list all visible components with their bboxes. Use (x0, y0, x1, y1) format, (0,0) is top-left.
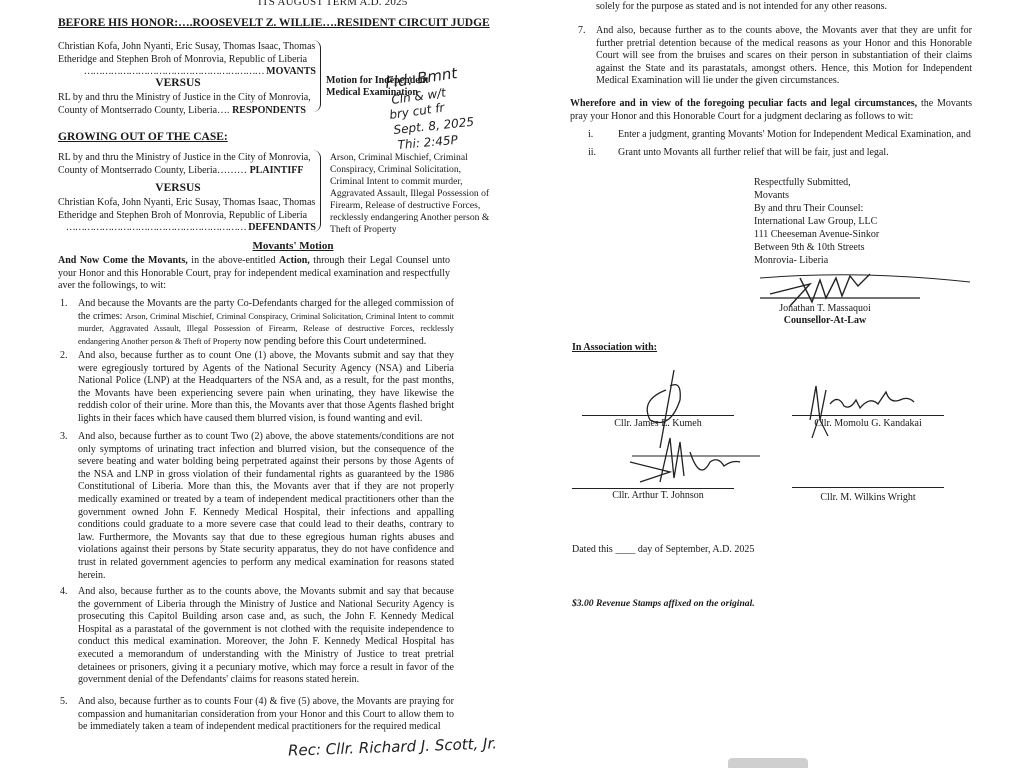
dated-line: Dated this ____ day of September, A.D. 2… (572, 544, 872, 557)
defendants-label: DEFENDANTS (248, 222, 316, 233)
count-number: 4. (60, 586, 68, 599)
count-3-text: And also, because further as to count Tw… (78, 431, 454, 581)
left-page: ITS AUGUST TERM A.D. 2025 BEFORE HIS HON… (58, 0, 528, 768)
association-heading: In Association with: (572, 342, 657, 355)
kandakai-signature (790, 380, 930, 440)
movants-names: Christian Kofa, John Nyanti, Eric Susay,… (58, 41, 315, 65)
count-2: 2. And also, because further as to count… (78, 350, 454, 426)
intro-bold-2: Action, (279, 255, 310, 266)
intro-text-1: in the above-entitled (188, 255, 279, 266)
movants-label: MOVANTS (266, 66, 316, 77)
prayer-text: Enter a judgment, granting Movants' Moti… (618, 129, 971, 140)
defendants-dots: …………………………………………………… (66, 222, 246, 233)
plaintiff-party: RL by and thru the Ministry of Justice i… (58, 152, 316, 177)
defendants-label-line: …………………………………………………… DEFENDANTS (58, 222, 316, 235)
movants-motion-heading: Movants' Motion (58, 240, 528, 252)
johnson-signature (600, 432, 750, 492)
term-line: ITS AUGUST TERM A.D. 2025 (258, 0, 407, 8)
count-number: 3. (60, 431, 68, 444)
count-5-text: And also, because further as to counts F… (78, 696, 454, 732)
prayer-text: Grant unto Movants all further relief th… (618, 147, 889, 158)
count-4: 4. And also, because further as to the c… (78, 586, 454, 687)
case-versus: VERSUS (88, 182, 268, 194)
associate-name: Cllr. James E. Kumeh (582, 418, 734, 429)
scrollbar-thumb[interactable] (728, 758, 808, 768)
signature-line (792, 415, 944, 416)
intro-bold-1: And Now Come the Movants, (58, 255, 188, 266)
before-honor-heading: BEFORE HIS HONOR:….ROOSEVELT Z. WILLIE….… (58, 17, 490, 29)
wherefore-bold: Wherefore and in view of the foregoing p… (570, 98, 917, 109)
prayer-ii: ii.Grant unto Movants all further relief… (588, 147, 978, 160)
signature-line (582, 415, 734, 416)
submission-line: Movants (754, 189, 954, 202)
submission-line: Respectfully Submitted, (754, 176, 954, 189)
counsel-title: Counsellor-At-Law (750, 315, 900, 328)
defendants-party: Christian Kofa, John Nyanti, Eric Susay,… (58, 197, 316, 235)
plaintiff-label: PLAINTIFF (250, 165, 304, 176)
count-7: 7. And also, because further as to the c… (596, 25, 972, 88)
submission-block: Respectfully Submitted, Movants By and t… (754, 176, 954, 267)
associate-name: Cllr. Arthur T. Johnson (582, 490, 734, 501)
prayer-number: ii. (588, 147, 618, 160)
submission-line: By and thru Their Counsel: (754, 202, 954, 215)
signature-line (572, 488, 734, 489)
submission-line: International Law Group, LLC (754, 215, 954, 228)
count-2-text: And also, because further as to count On… (78, 350, 454, 424)
movants-dots: …………………………………………………… (84, 66, 264, 77)
right-page: checkup and treatment. Hence, this Motio… (570, 0, 980, 768)
signature-line (792, 487, 944, 488)
defendants-names: Christian Kofa, John Nyanti, Eric Susay,… (58, 197, 315, 221)
revenue-stamp-note: $3.00 Revenue Stamps affixed on the orig… (572, 598, 755, 609)
case-charges: Arson, Criminal Mischief, Criminal Consp… (330, 152, 495, 236)
count-number: 1. (60, 298, 68, 311)
associate-name: Cllr. M. Wilkins Wright (792, 492, 944, 503)
associate-name: Cllr. Momolu G. Kandakai (792, 418, 944, 429)
caption-versus: VERSUS (88, 77, 268, 89)
movants-party: Christian Kofa, John Nyanti, Eric Susay,… (58, 41, 316, 79)
count-1: 1. And because the Movants are the party… (78, 298, 454, 348)
prayer-number: i. (588, 129, 618, 142)
prayer-i: i.Enter a judgment, granting Movants' Mo… (588, 129, 978, 142)
count-number: 5. (60, 696, 68, 709)
respondents-party: RL by and thru the Ministry of Justice i… (58, 92, 316, 117)
count-number: 7. (578, 25, 586, 38)
count-number: 2. (60, 350, 68, 363)
count-3: 3. And also, because further as to count… (78, 431, 454, 582)
handwritten-filing-note: Fld: Bmnt Cln & w/t bry cut fr Sept. 8, … (380, 76, 530, 156)
count-4-text: And also, because further as to the coun… (78, 586, 454, 685)
counsel-signature (750, 268, 970, 308)
wherefore-clause: Wherefore and in view of the foregoing p… (570, 98, 972, 123)
motion-intro: And Now Come the Movants, in the above-e… (58, 255, 450, 293)
counsel-name: Jonathan T. Massaquoi (750, 303, 900, 316)
growing-out-heading: GROWING OUT OF THE CASE: (58, 131, 228, 143)
count-7-text: And also, because further as to the coun… (596, 25, 972, 86)
handwritten-received-note: Rec: Cllr. Richard J. Scott, Jr. (288, 734, 498, 759)
submission-line: 111 Cheeseman Avenue-Sinkor (754, 228, 954, 241)
respondents-label: RESPONDENTS (232, 105, 306, 116)
submission-line: Monrovia- Liberia (754, 254, 954, 267)
count-5: 5. And also, because further as to count… (78, 696, 454, 734)
count-6-tail: checkup and treatment. Hence, this Motio… (596, 0, 972, 13)
submission-line: Between 9th & 10th Streets (754, 241, 954, 254)
count-1-tail: now pending before this Court undetermin… (242, 336, 427, 347)
